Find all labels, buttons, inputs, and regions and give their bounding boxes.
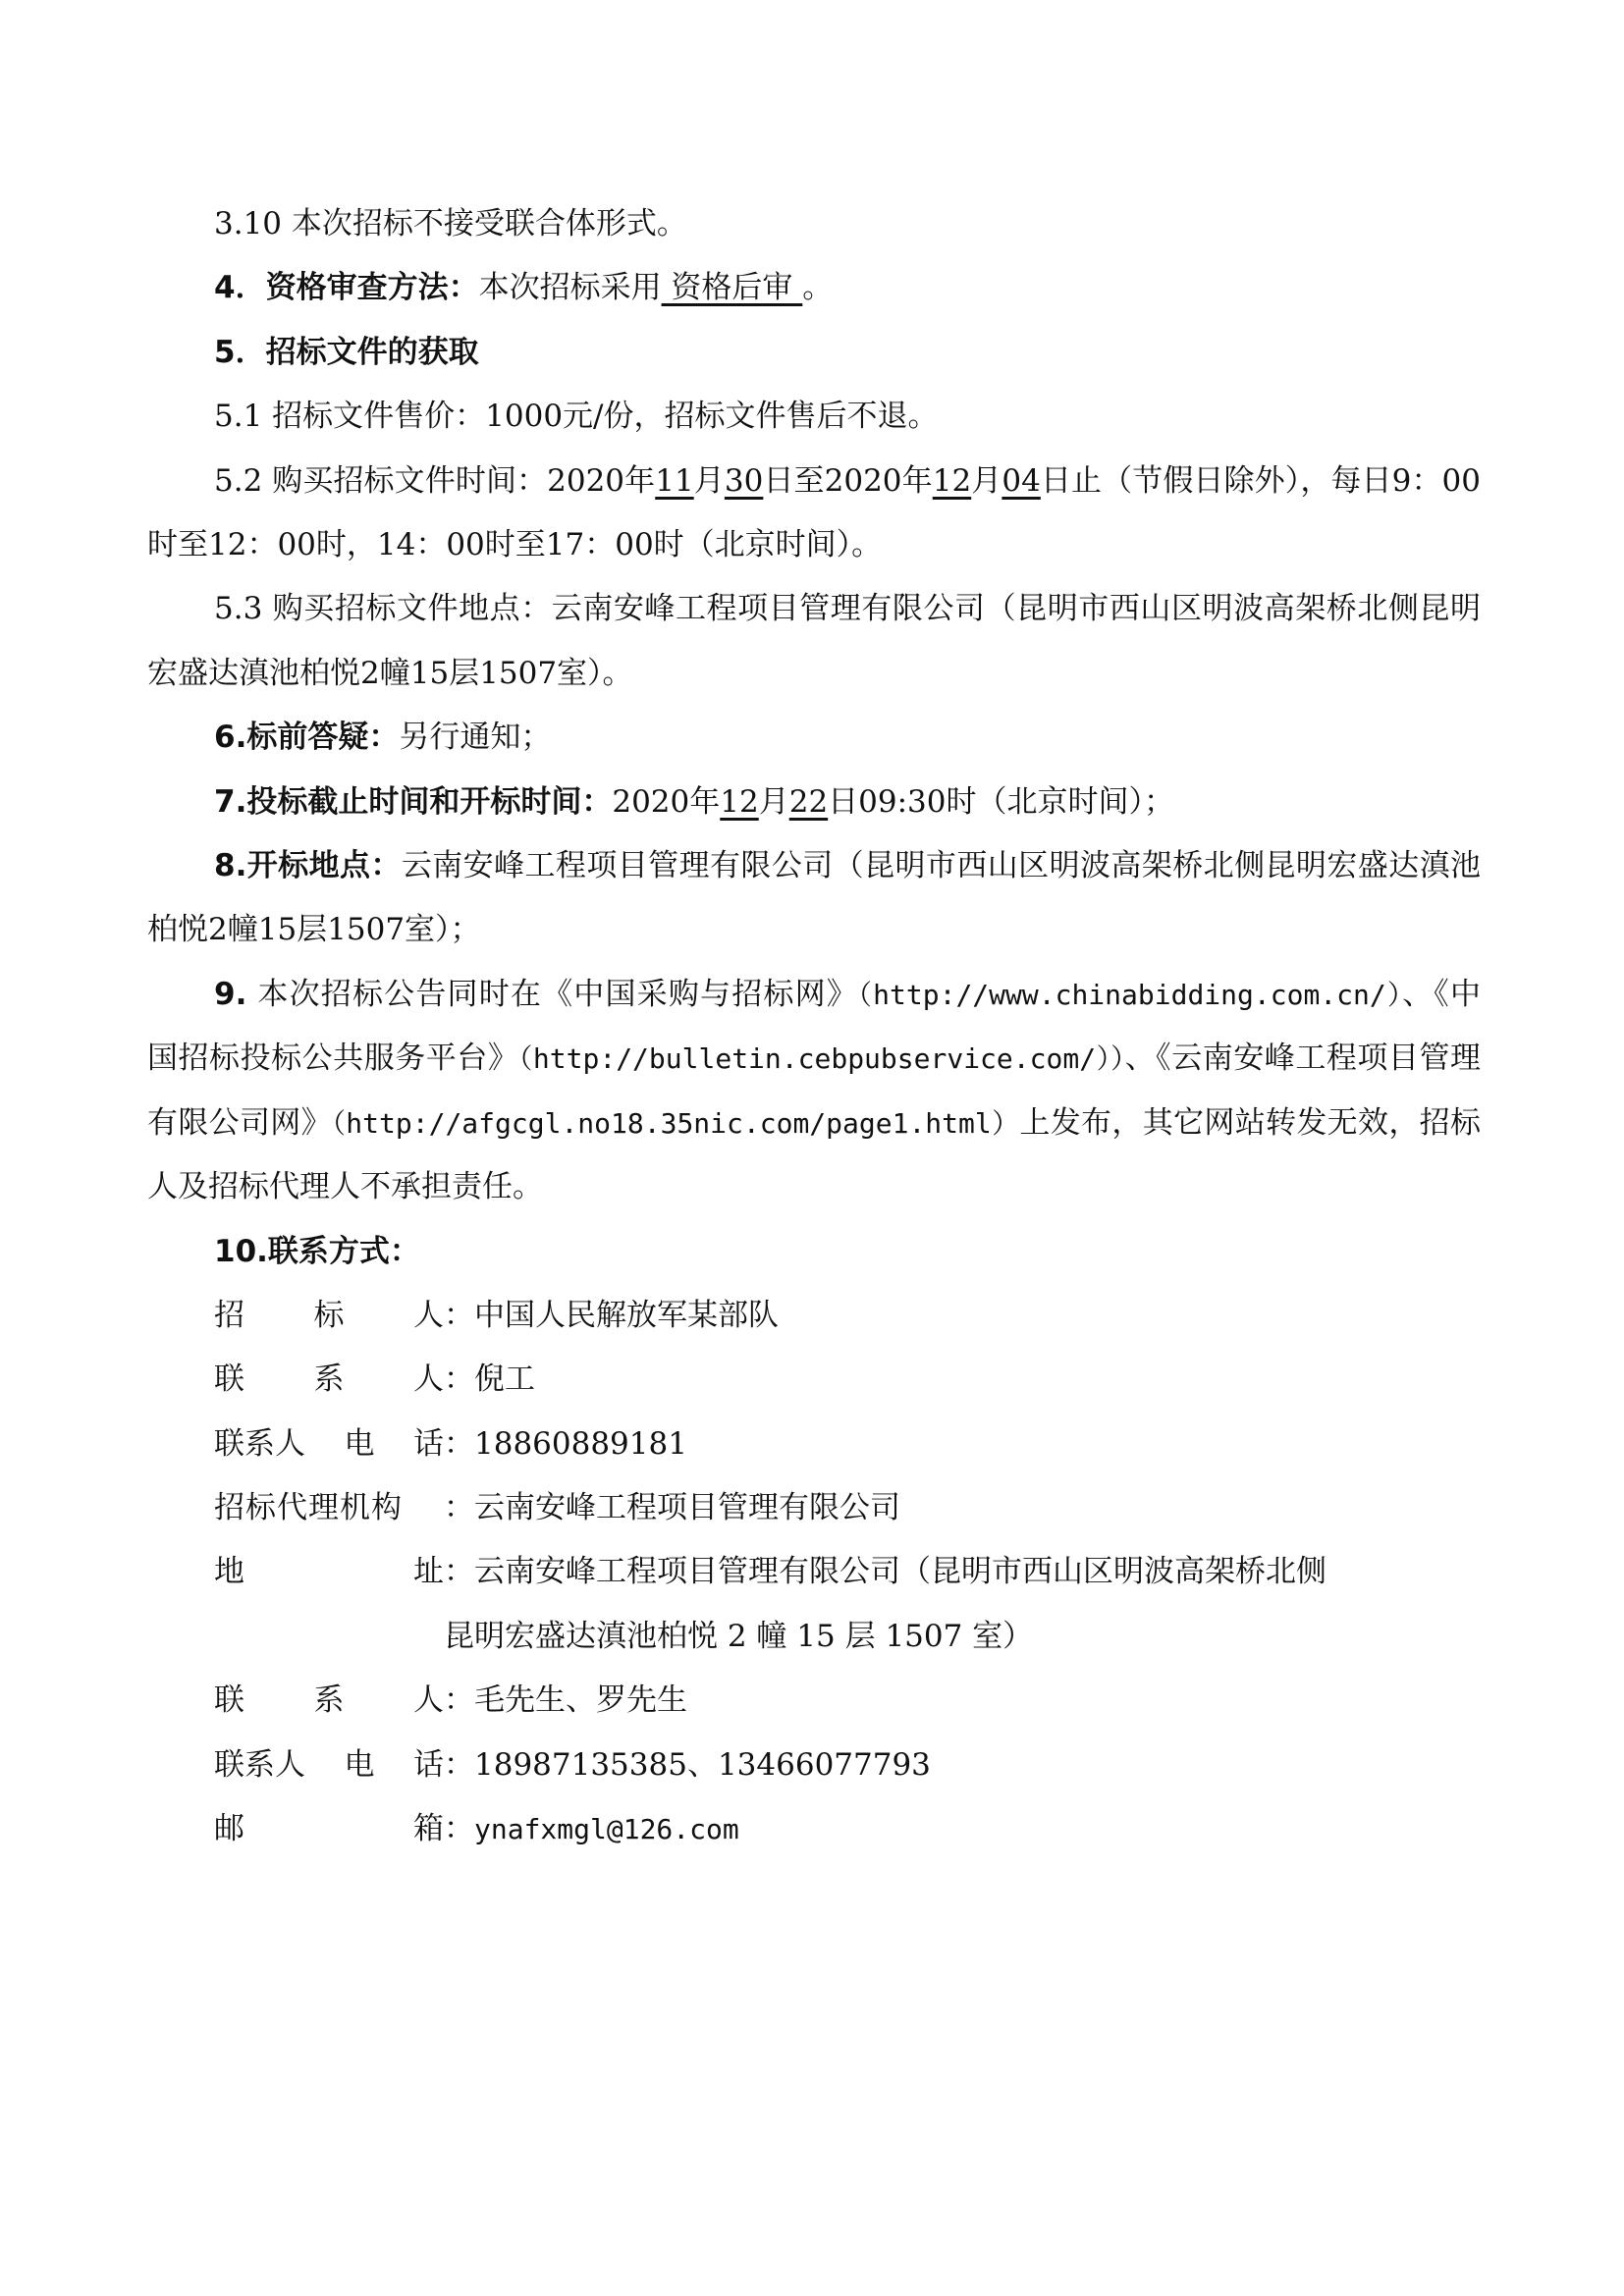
contact-value: 云南安峰工程项目管理有限公司 [474, 1476, 900, 1540]
clause-text: 5.3 购买招标文件地点：云南安峰工程项目管理有限公司（昆明市西山区明波高架桥北… [147, 591, 1481, 690]
colon: ： [444, 1669, 474, 1733]
colon: ： [444, 1284, 474, 1348]
start-day: 30 [725, 463, 763, 499]
link-chinabidding[interactable]: （http://www.chinabidding.com.cn/） [858, 979, 1402, 1011]
contact-value: 毛先生、罗先生 [474, 1669, 687, 1733]
contact-row-tenderer: 招标人：中国人民解放军某部队 [147, 1284, 1481, 1348]
label-char: 系 [314, 1669, 345, 1733]
clause-9-publication: 9. 本次招标公告同时在《中国采购与招标网》（http://www.chinab… [147, 963, 1481, 1220]
contact-row-address-continued: 昆明宏盛达滇池柏悦 2 幢 15 层 1507 室） [147, 1605, 1481, 1669]
section-heading: 4．资格审查方法： [214, 270, 479, 305]
deadline-month: 12 [720, 784, 758, 820]
colon: ： [444, 1348, 474, 1412]
clause-5-3-purchase-location: 5.3 购买招标文件地点：云南安峰工程项目管理有限公司（昆明市西山区明波高架桥北… [147, 577, 1481, 706]
label-char: 联系人 [214, 1734, 305, 1797]
label-char: 箱 [413, 1797, 444, 1861]
clause-text: 3.10 本次招标不接受联合体形式。 [214, 206, 687, 241]
label-char: 人 [413, 1669, 444, 1733]
link-cebpubservice[interactable]: （http://bulletin.cebpubservice.com/）） [518, 1042, 1124, 1075]
label-char: 招标代理机构 [214, 1476, 403, 1540]
contact-label: 联系人 [214, 1348, 444, 1412]
contact-label: 联系人电话 [214, 1734, 444, 1797]
clause-text: 月 [971, 463, 1001, 499]
clause-text: 。 [802, 270, 833, 305]
clause-text: 月 [694, 463, 725, 499]
colon: ： [444, 1476, 474, 1540]
contact-row-address: 地址：云南安峰工程项目管理有限公司（昆明市西山区明波高架桥北侧 [147, 1540, 1481, 1604]
deadline-day: 22 [789, 784, 828, 820]
colon: ： [444, 1734, 474, 1797]
clause-text: 月 [759, 784, 789, 820]
clause-3-10: 3.10 本次招标不接受联合体形式。 [147, 192, 1481, 256]
label-char: 话 [413, 1734, 444, 1797]
email-link[interactable]: ynafxmgl@126.com [474, 1797, 739, 1861]
label-char: 话 [413, 1413, 444, 1476]
end-day: 04 [1001, 463, 1040, 499]
contact-row-email: 邮箱：ynafxmgl@126.com [147, 1797, 1481, 1861]
end-month: 12 [933, 463, 971, 499]
contact-label: 联系人电话 [214, 1413, 444, 1476]
label-char: 址 [413, 1540, 444, 1604]
label-char: 联系人 [214, 1413, 305, 1476]
contact-row-tenderer-phone: 联系人电话：18860889181 [147, 1413, 1481, 1476]
phone-number[interactable]: 18987135385、13466077793 [474, 1734, 931, 1797]
clause-5-heading: 5．招标文件的获取 [147, 321, 1481, 385]
label-char: 邮 [214, 1797, 244, 1861]
contact-row-tenderer-contact: 联系人：倪工 [147, 1348, 1481, 1412]
clause-10-contact-heading: 10.联系方式： [147, 1220, 1481, 1284]
contact-label: 联系人 [214, 1669, 444, 1733]
contact-value: 倪工 [474, 1348, 535, 1412]
phone-number[interactable]: 18860889181 [474, 1413, 687, 1476]
label-char: 联 [214, 1669, 244, 1733]
label-char: 招 [214, 1284, 244, 1348]
section-heading: 8.开标地点： [214, 848, 402, 883]
contact-list: 招标人：中国人民解放军某部队 联系人：倪工 联系人电话：18860889181 … [147, 1284, 1481, 1862]
document-page: 3.10 本次招标不接受联合体形式。 4．资格审查方法：本次招标采用 资格后审 … [147, 192, 1481, 1861]
label-char: 联 [214, 1348, 244, 1412]
label-char: 电 [345, 1734, 375, 1797]
clause-7-deadline: 7.投标截止时间和开标时间：2020年12月22日09:30时（北京时间）； [147, 771, 1481, 834]
section-heading: 7.投标截止时间和开标时间： [214, 784, 612, 820]
clause-text: 5.1 招标文件售价：1000元/份，招标文件售后不退。 [214, 399, 939, 434]
clause-text: 日09:30时（北京时间）； [828, 784, 1174, 820]
colon: ： [444, 1413, 474, 1476]
contact-label: 招标代理机构 [214, 1476, 444, 1540]
underlined-value: 资格后审 [662, 270, 803, 305]
clause-6-pre-bid-qa: 6.标前答疑：另行通知； [147, 706, 1481, 770]
label-char: 系 [314, 1348, 345, 1412]
clause-text: 日至2020年 [763, 463, 932, 499]
contact-row-agency-phone: 联系人电话：18987135385、13466077793 [147, 1734, 1481, 1797]
contact-value: 昆明宏盛达滇池柏悦 2 幢 15 层 1507 室） [444, 1605, 1033, 1669]
label-char: 标 [314, 1284, 345, 1348]
section-heading: 9. [214, 977, 246, 1012]
colon: ： [444, 1797, 474, 1861]
contact-label: 地址 [214, 1540, 444, 1604]
label-char: 电 [345, 1413, 375, 1476]
clause-5-2-purchase-time: 5.2 购买招标文件时间：2020年11月30日至2020年12月04日止（节假… [147, 450, 1481, 578]
clause-text: 另行通知； [399, 720, 551, 755]
label-char: 地 [214, 1540, 244, 1604]
contact-row-agency-contact: 联系人：毛先生、罗先生 [147, 1669, 1481, 1733]
clause-4-qualification-review: 4．资格审查方法：本次招标采用 资格后审 。 [147, 256, 1481, 320]
start-month: 11 [655, 463, 693, 499]
link-afgcgl[interactable]: （http://afgcgl.no18.35nic.com/page1.html… [332, 1107, 1019, 1140]
clause-text: 本次招标采用 [479, 270, 662, 305]
colon: ： [444, 1540, 474, 1604]
contact-label: 招标人 [214, 1284, 444, 1348]
clause-5-1-price: 5.1 招标文件售价：1000元/份，招标文件售后不退。 [147, 385, 1481, 449]
contact-value: 云南安峰工程项目管理有限公司（昆明市西山区明波高架桥北侧 [474, 1540, 1326, 1604]
section-heading: 5．招标文件的获取 [214, 335, 479, 370]
label-char: 人 [413, 1284, 444, 1348]
clause-8-opening-location: 8.开标地点：云南安峰工程项目管理有限公司（昆明市西山区明波高架桥北侧昆明宏盛达… [147, 834, 1481, 963]
label-char: 人 [413, 1348, 444, 1412]
clause-text: 5.2 购买招标文件时间：2020年 [214, 463, 655, 499]
section-heading: 10.联系方式： [214, 1234, 420, 1269]
contact-value: 中国人民解放军某部队 [474, 1284, 779, 1348]
clause-text: 2020年 [612, 784, 720, 820]
contact-label: 邮箱 [214, 1797, 444, 1861]
contact-row-agency: 招标代理机构：云南安峰工程项目管理有限公司 [147, 1476, 1481, 1540]
clause-text: 本次招标公告同时在《中国采购与招标网》 [246, 977, 858, 1012]
section-heading: 6.标前答疑： [214, 720, 399, 755]
